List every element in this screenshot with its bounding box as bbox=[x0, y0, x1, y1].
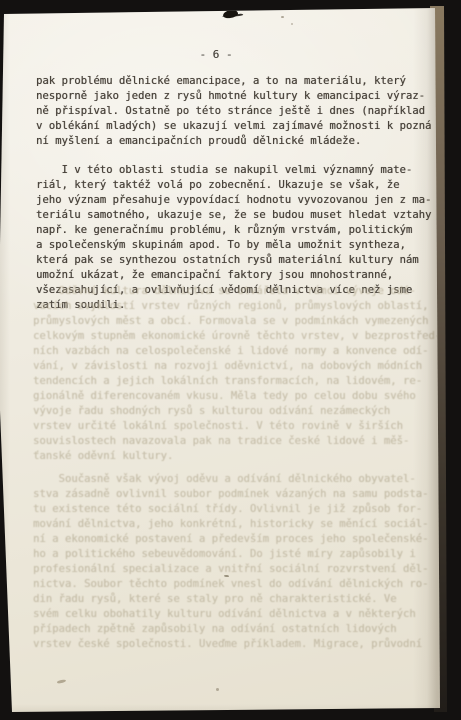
paper-speck bbox=[281, 16, 284, 18]
paragraph-1: pak problému dělnické emancipace, a to n… bbox=[36, 74, 438, 149]
ink-smudge bbox=[223, 9, 239, 19]
document-page: - 6 - pak problému dělnické emancipace, … bbox=[0, 0, 461, 720]
paper-speck bbox=[291, 23, 293, 25]
bleedthrough-paragraph-1: Oděvní kultura dělnictva se utvářela v r… bbox=[33, 284, 441, 464]
bleedthrough-paragraph-2: Současně však vývoj oděvu a odívání děln… bbox=[33, 472, 441, 652]
paper-speck bbox=[224, 575, 229, 578]
paper-speck bbox=[57, 679, 66, 684]
page-number: - 6 - bbox=[0, 48, 432, 61]
paper-speck bbox=[216, 688, 219, 691]
scanned-page-photo: - 6 - pak problému dělnické emancipace, … bbox=[0, 0, 461, 720]
bleedthrough-text-block: Oděvní kultura dělnictva se utvářela v r… bbox=[33, 284, 441, 652]
